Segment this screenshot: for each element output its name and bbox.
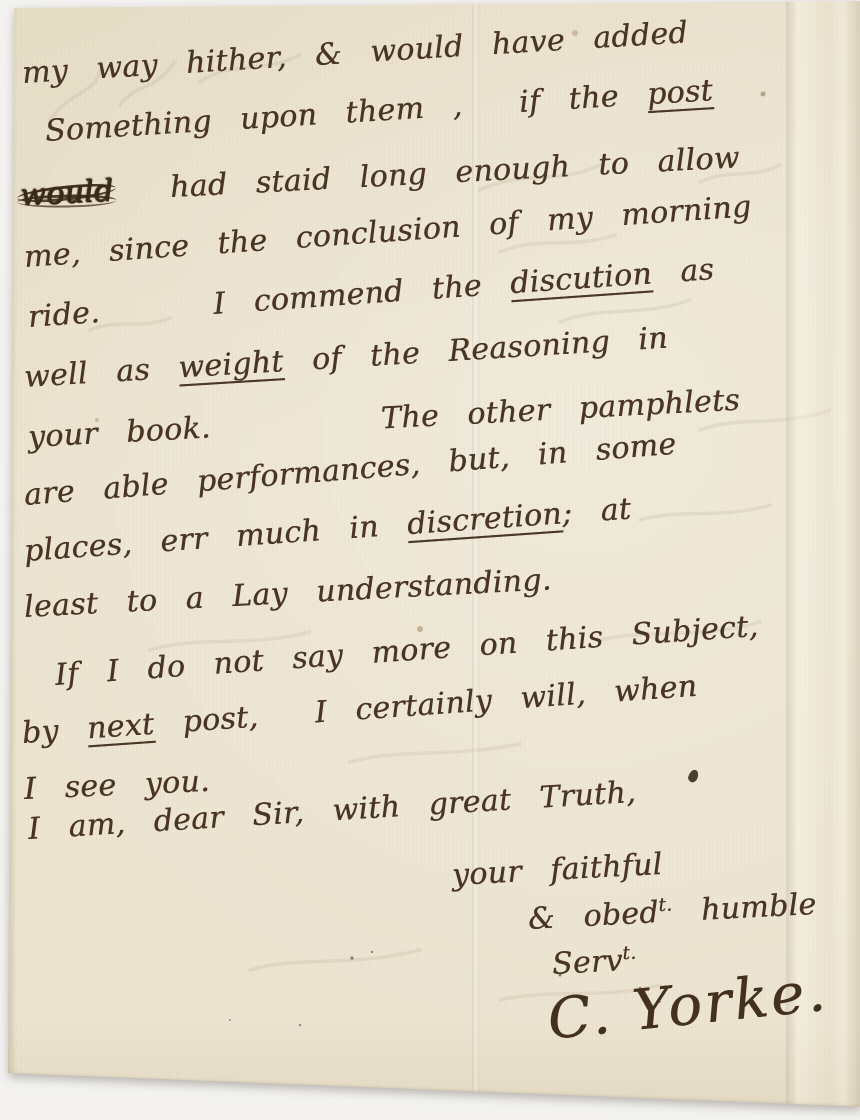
line-text: my way hither, & would have added bbox=[21, 15, 689, 91]
closing-line: & obedt. humble bbox=[527, 887, 817, 937]
closing-line: Servt. bbox=[551, 943, 637, 982]
letter-scan: my way hither, & would have added Someth… bbox=[0, 0, 860, 1120]
line-text: Something upon them , if the bbox=[44, 77, 648, 149]
line-text: Serv bbox=[551, 943, 624, 982]
paper-bottom-edge bbox=[0, 1070, 860, 1114]
line-text: well as bbox=[23, 351, 179, 395]
underlined-word: next bbox=[86, 707, 156, 747]
paper-shadow: my way hither, & would have added Someth… bbox=[0, 0, 860, 1120]
line-text: ride. I commend the bbox=[27, 266, 512, 335]
ink-blot bbox=[688, 770, 698, 783]
letter-line: Something upon them , if the post bbox=[44, 73, 714, 149]
letter-line: my way hither, & would have added bbox=[21, 15, 689, 91]
letter-page: my way hither, & would have added Someth… bbox=[0, 0, 860, 1120]
struck-out-word: would bbox=[19, 173, 114, 213]
underlined-word: weight bbox=[177, 344, 284, 385]
line-text: & obed bbox=[527, 895, 660, 937]
line-text: I see you. bbox=[23, 764, 210, 807]
line-text: places, err much in bbox=[23, 507, 408, 569]
closing-line: your faithful bbox=[451, 847, 663, 893]
line-text: ; at bbox=[561, 492, 633, 532]
line-text: your faithful bbox=[451, 847, 663, 893]
right-fold bbox=[786, 0, 860, 1120]
underlined-word: discretion bbox=[406, 496, 563, 542]
superscript-abbreviation: t. bbox=[658, 894, 673, 916]
line-text: by bbox=[21, 711, 88, 750]
paper-left-edge bbox=[8, 6, 17, 1076]
line-text: as bbox=[651, 252, 716, 291]
underlined-word: post bbox=[646, 73, 714, 112]
underlined-word: discution bbox=[509, 256, 653, 301]
letter-line: well as weight of the Reasoning in bbox=[23, 321, 669, 395]
letter-line: I see you. bbox=[23, 764, 210, 807]
superscript-abbreviation: t. bbox=[622, 943, 637, 965]
